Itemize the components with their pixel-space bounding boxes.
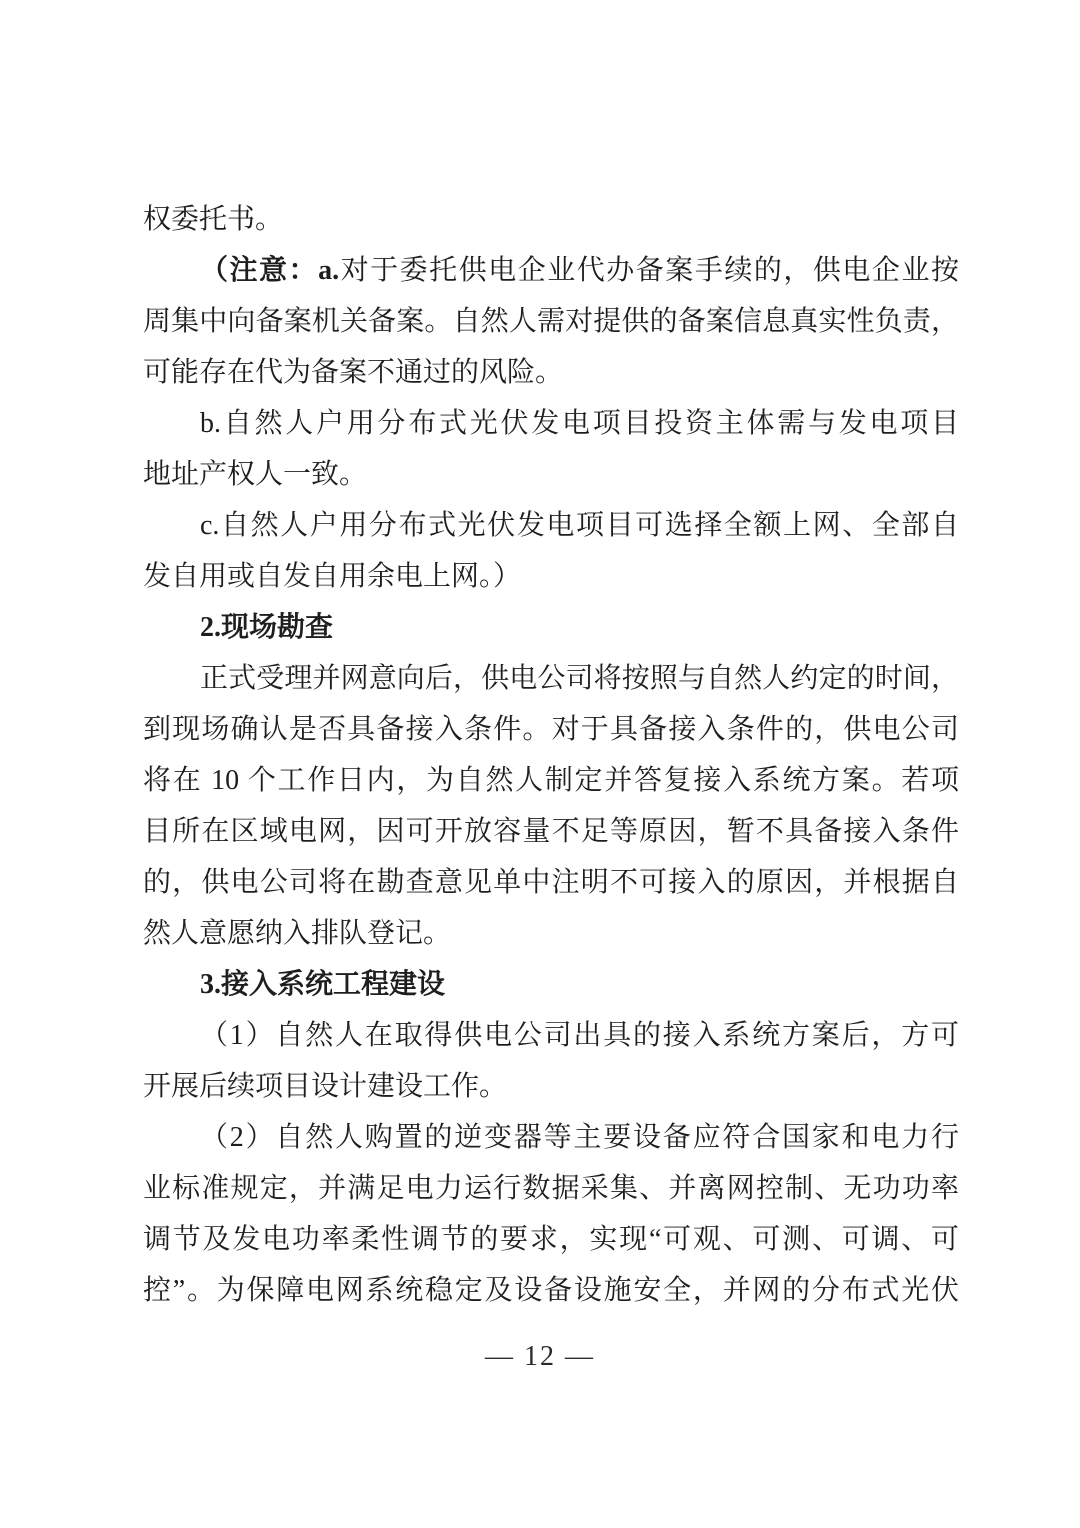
line-text: 对于委托供电企业代办备案手续的，供电企业按	[339, 255, 959, 286]
text-line: 控”。为保障电网系统稳定及设备设施安全，并网的分布式光伏	[143, 1265, 959, 1316]
section-heading-site-survey: 2.现场勘查	[143, 602, 959, 653]
text-line-note: （注意：a.对于委托供电企业代办备案手续的，供电企业按	[143, 245, 959, 296]
text-line: 到现场确认是否具备接入条件。对于具备接入条件的，供电公司	[143, 704, 959, 755]
document-text-block: 权委托书。 （注意：a.对于委托供电企业代办备案手续的，供电企业按 周集中向备案…	[143, 194, 959, 1316]
text-line: 业标准规定，并满足电力运行数据采集、并离网控制、无功功率	[143, 1163, 959, 1214]
page-number: — 12 —	[0, 1337, 1080, 1377]
text-line: 目所在区域电网，因可开放容量不足等原因，暂不具备接入条件	[143, 806, 959, 857]
text-line: 周集中向备案机关备案。自然人需对提供的备案信息真实性负责，	[143, 296, 959, 347]
text-line: 的，供电公司将在勘查意见单中注明不可接入的原因，并根据自	[143, 857, 959, 908]
text-line: 调节及发电功率柔性调节的要求，实现“可观、可测、可调、可	[143, 1214, 959, 1265]
text-line: 发自用或自发自用余电上网。）	[143, 551, 959, 602]
text-line-item-c: c.自然人户用分布式光伏发电项目可选择全额上网、全部自	[143, 500, 959, 551]
text-line: 可能存在代为备案不通过的风险。	[143, 347, 959, 398]
note-label: （注意：a.	[200, 255, 339, 286]
text-line: 地址产权人一致。	[143, 449, 959, 500]
text-line-item-b: b.自然人户用分布式光伏发电项目投资主体需与发电项目	[143, 398, 959, 449]
text-line-item-2: （2）自然人购置的逆变器等主要设备应符合国家和电力行	[143, 1112, 959, 1163]
text-line: 开展后续项目设计建设工作。	[143, 1061, 959, 1112]
text-line: 然人意愿纳入排队登记。	[143, 908, 959, 959]
text-line: 权委托书。	[143, 194, 959, 245]
text-line-item-1: （1）自然人在取得供电公司出具的接入系统方案后，方可	[143, 1010, 959, 1061]
document-page: { "page": { "background": "#ffffff", "te…	[0, 0, 1080, 1528]
section-heading-system-construction: 3.接入系统工程建设	[143, 959, 959, 1010]
text-line: 正式受理并网意向后，供电公司将按照与自然人约定的时间，	[143, 653, 959, 704]
text-line: 将在 10 个工作日内，为自然人制定并答复接入系统方案。若项	[143, 755, 959, 806]
